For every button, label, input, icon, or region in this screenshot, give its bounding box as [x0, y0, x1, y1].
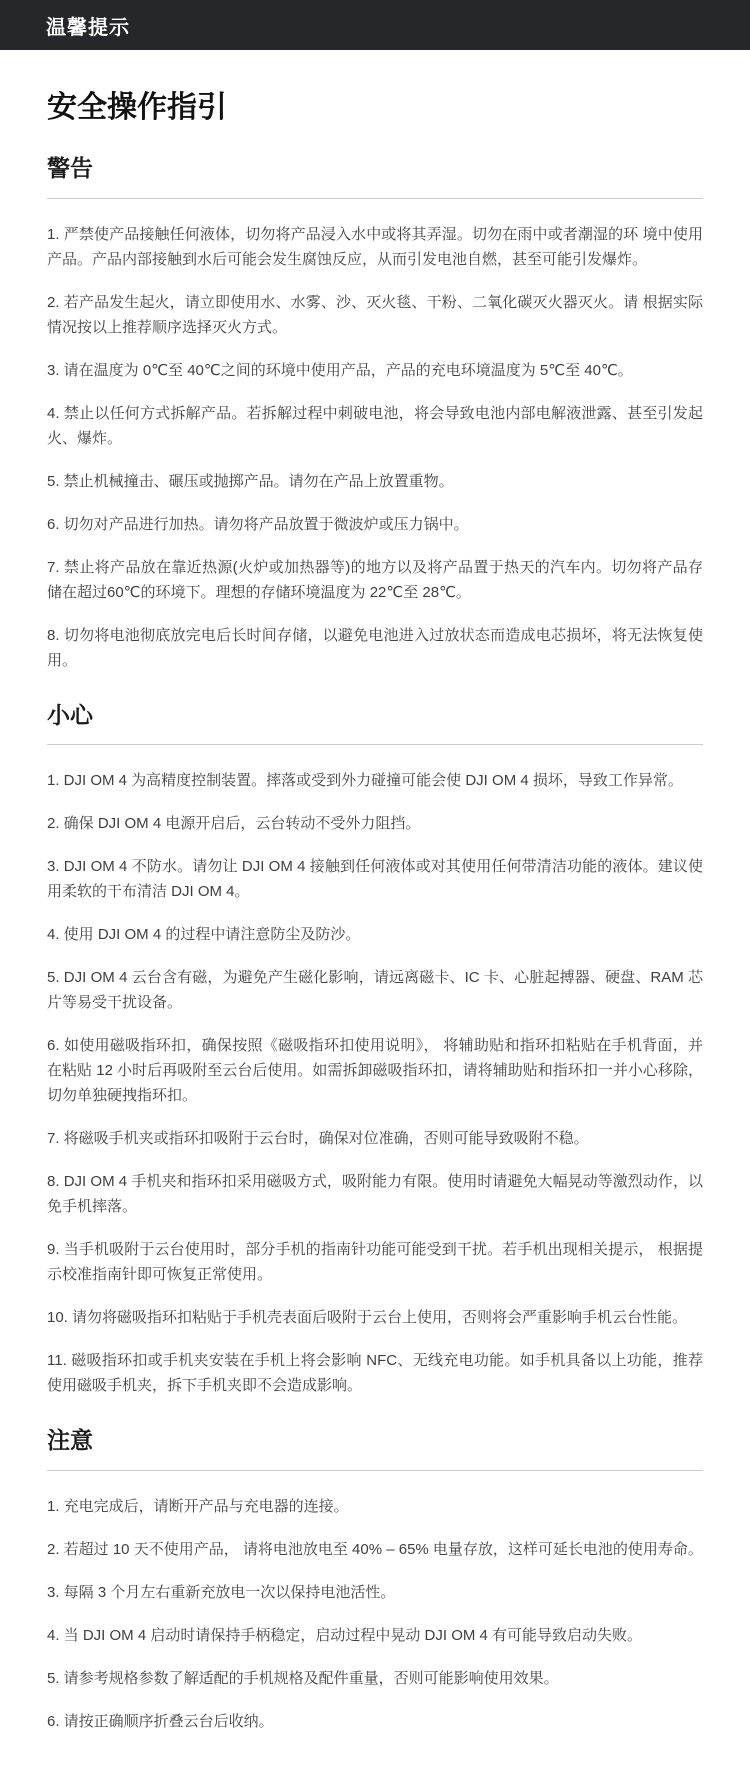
- list-item: 10. 请勿将磁吸指环扣粘贴于手机壳表面后吸附于云台上使用，否则将会严重影响手机…: [47, 1305, 703, 1330]
- section: 注意 1. 充电完成后，请断开产品与充电器的连接。2. 若超过 10 天不使用产…: [47, 1427, 703, 1734]
- list-item: 2. 若产品发生起火，请立即使用水、水雾、沙、灭火毯、干粉、二氧化碳灭火器灭火。…: [47, 290, 703, 340]
- list-item: 5. 禁止机械撞击、碾压或抛掷产品。请勿在产品上放置重物。: [47, 469, 703, 494]
- list-item: 1. 严禁使产品接触任何液体，切勿将产品浸入水中或将其弄湿。切勿在雨中或者潮湿的…: [47, 222, 703, 272]
- list-item: 11. 磁吸指环扣或手机夹安装在手机上将会影响 NFC、无线充电功能。如手机具备…: [47, 1348, 703, 1398]
- list-item: 3. 请在温度为 0℃至 40℃之间的环境中使用产品，产品的充电环境温度为 5℃…: [47, 358, 703, 383]
- list-item: 4. 当 DJI OM 4 启动时请保持手柄稳定，启动过程中晃动 DJI OM …: [47, 1623, 703, 1648]
- page-title: 安全操作指引: [47, 90, 703, 126]
- document-content: 安全操作指引 警告 1. 严禁使产品接触任何液体，切勿将产品浸入水中或将其弄湿。…: [0, 50, 750, 1784]
- section-divider: [47, 1470, 703, 1471]
- list-item: 7. 禁止将产品放在靠近热源(火炉或加热器等)的地方以及将产品置于热天的汽车内。…: [47, 555, 703, 605]
- list-item: 5. 请参考规格参数了解适配的手机规格及配件重量，否则可能影响使用效果。: [47, 1666, 703, 1691]
- list-item: 9. 当手机吸附于云台使用时，部分手机的指南针功能可能受到干扰。若手机出现相关提…: [47, 1237, 703, 1287]
- section-items: 1. 严禁使产品接触任何液体，切勿将产品浸入水中或将其弄湿。切勿在雨中或者潮湿的…: [47, 222, 703, 673]
- list-item: 8. 切勿将电池彻底放完电后长时间存储，以避免电池进入过放状态而造成电芯损坏，将…: [47, 623, 703, 673]
- list-item: 4. 禁止以任何方式拆解产品。若拆解过程中刺破电池，将会导致电池内部电解液泄露、…: [47, 401, 703, 451]
- section-heading: 注意: [47, 1427, 703, 1455]
- section-items: 1. 充电完成后，请断开产品与充电器的连接。2. 若超过 10 天不使用产品， …: [47, 1494, 703, 1734]
- list-item: 2. 确保 DJI OM 4 电源开启后，云台转动不受外力阻挡。: [47, 811, 703, 836]
- section-divider: [47, 744, 703, 745]
- list-item: 8. DJI OM 4 手机夹和指环扣采用磁吸方式，吸附能力有限。使用时请避免大…: [47, 1169, 703, 1219]
- section-heading: 小心: [47, 702, 703, 730]
- list-item: 7. 将磁吸手机夹或指环扣吸附于云台时，确保对位准确，否则可能导致吸附不稳。: [47, 1126, 703, 1151]
- topbar: 温馨提示: [0, 0, 750, 50]
- section-items: 1. DJI OM 4 为高精度控制装置。摔落或受到外力碰撞可能会使 DJI O…: [47, 768, 703, 1398]
- list-item: 1. DJI OM 4 为高精度控制装置。摔落或受到外力碰撞可能会使 DJI O…: [47, 768, 703, 793]
- list-item: 5. DJI OM 4 云台含有磁，为避免产生磁化影响，请远离磁卡、IC 卡、心…: [47, 965, 703, 1015]
- list-item: 6. 请按正确顺序折叠云台后收纳。: [47, 1709, 703, 1734]
- section-heading: 警告: [47, 155, 703, 183]
- sections-container: 警告 1. 严禁使产品接触任何液体，切勿将产品浸入水中或将其弄湿。切勿在雨中或者…: [47, 155, 703, 1734]
- list-item: 3. DJI OM 4 不防水。请勿让 DJI OM 4 接触到任何液体或对其使…: [47, 854, 703, 904]
- list-item: 4. 使用 DJI OM 4 的过程中请注意防尘及防沙。: [47, 922, 703, 947]
- list-item: 6. 切勿对产品进行加热。请勿将产品放置于微波炉或压力锅中。: [47, 512, 703, 537]
- section: 小心 1. DJI OM 4 为高精度控制装置。摔落或受到外力碰撞可能会使 DJ…: [47, 702, 703, 1399]
- topbar-title: 温馨提示: [46, 11, 130, 40]
- section-divider: [47, 198, 703, 199]
- section: 警告 1. 严禁使产品接触任何液体，切勿将产品浸入水中或将其弄湿。切勿在雨中或者…: [47, 155, 703, 673]
- list-item: 2. 若超过 10 天不使用产品， 请将电池放电至 40% – 65% 电量存放…: [47, 1537, 703, 1562]
- list-item: 1. 充电完成后，请断开产品与充电器的连接。: [47, 1494, 703, 1519]
- list-item: 6. 如使用磁吸指环扣，确保按照《磁吸指环扣使用说明》， 将辅助贴和指环扣粘贴在…: [47, 1033, 703, 1108]
- list-item: 3. 每隔 3 个月左右重新充放电一次以保持电池活性。: [47, 1580, 703, 1605]
